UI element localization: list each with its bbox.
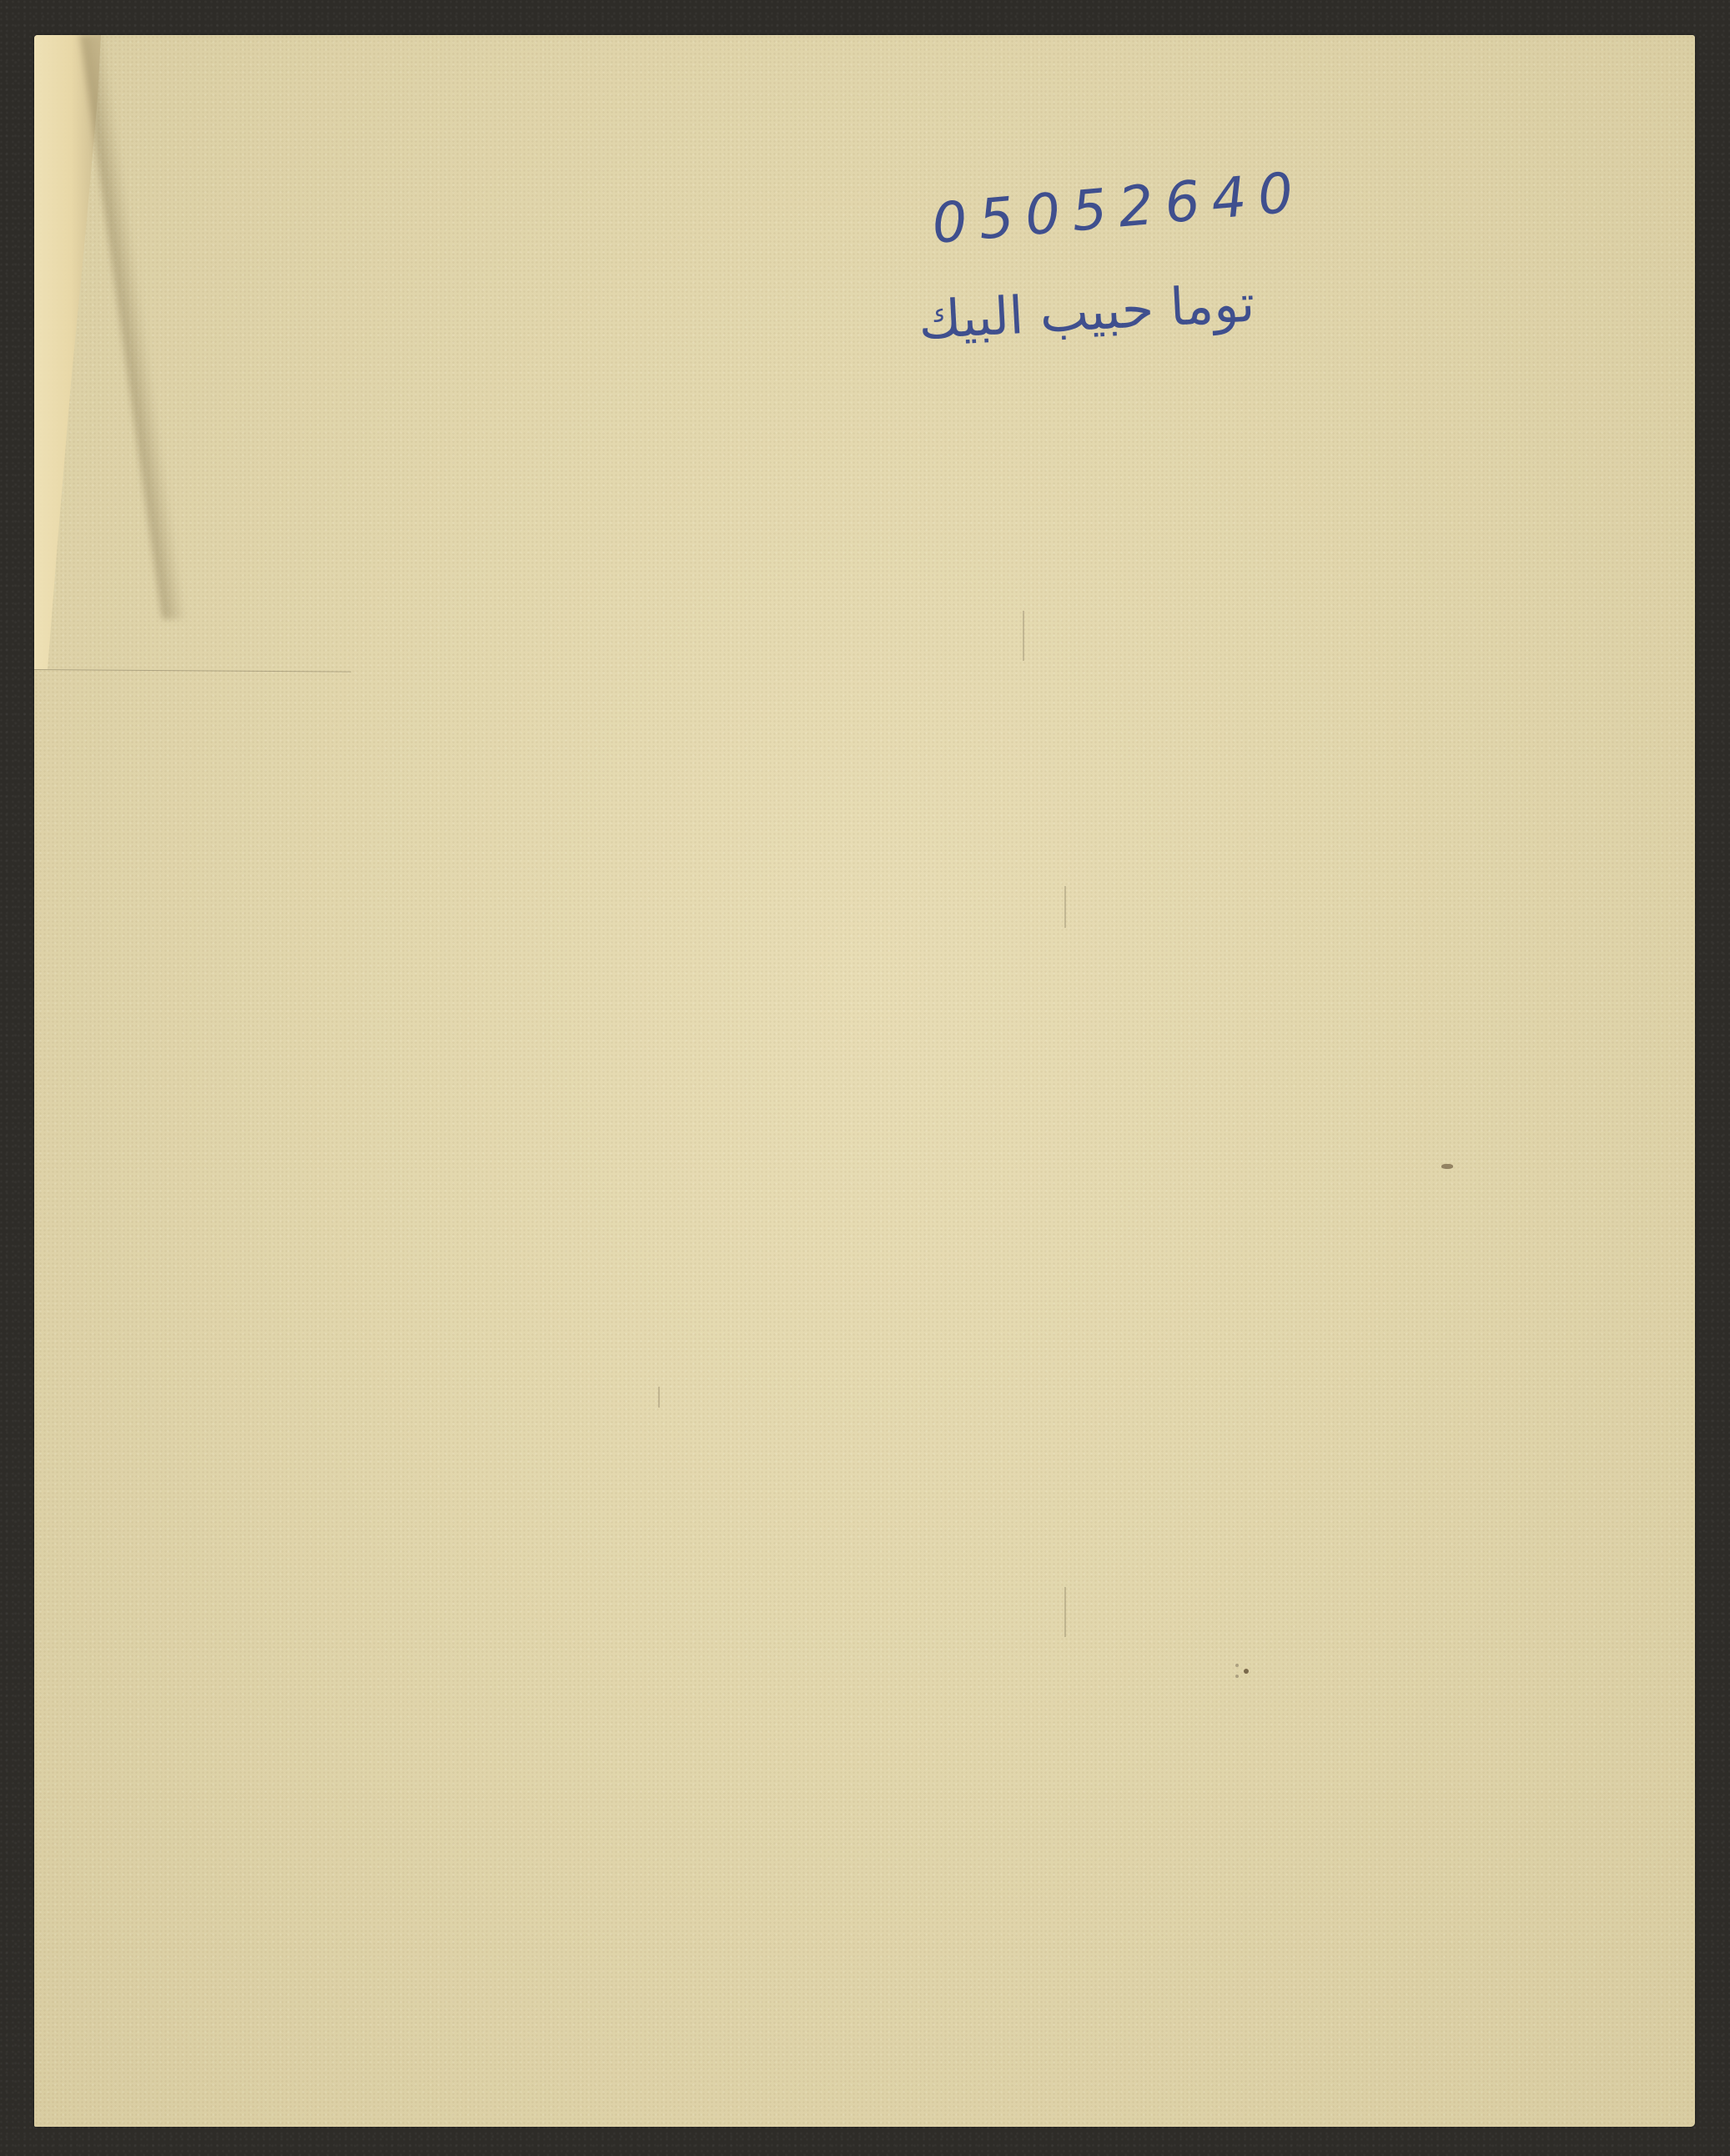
faint-fold-mark	[1064, 1587, 1066, 1637]
ink-speck	[1441, 1164, 1453, 1169]
ink-speck	[1244, 1669, 1249, 1674]
folded-edge	[34, 35, 101, 669]
faint-fold-mark	[1064, 886, 1066, 928]
handwritten-name-arabic: توما حبيب البيك	[917, 272, 1255, 350]
faint-fold-mark	[658, 1387, 660, 1408]
paper-sheet: 05052640 توما حبيب البيك	[34, 35, 1695, 2127]
handwritten-reference-number: 05052640	[929, 159, 1307, 256]
ink-speck	[1235, 1675, 1239, 1678]
ink-speck	[1235, 1664, 1239, 1667]
crease-line	[34, 669, 351, 672]
faint-fold-mark	[1023, 611, 1024, 661]
fold-shadow	[80, 35, 187, 619]
